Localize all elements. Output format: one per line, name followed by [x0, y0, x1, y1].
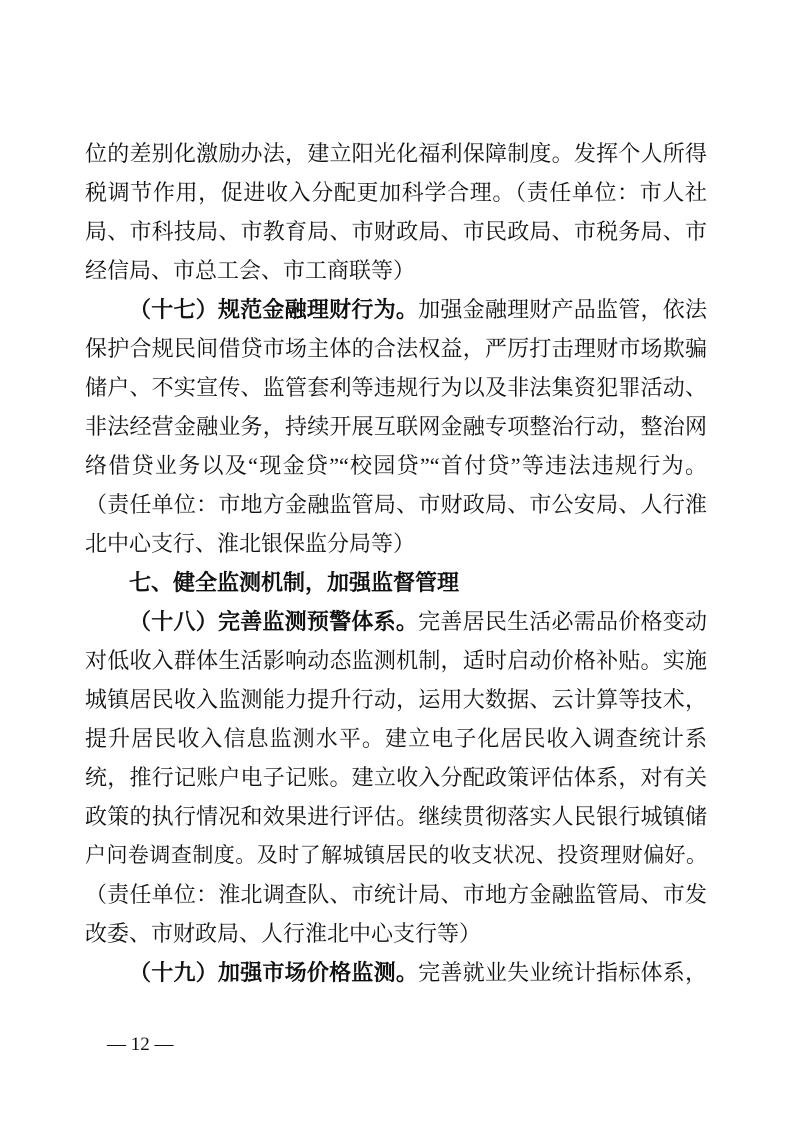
line-text: 政策的执行情况和效果进行评估。继续贯彻落实人民银行城镇储 — [85, 804, 707, 829]
text-line: 经信局、市总工会、市工商联等） — [85, 251, 707, 290]
paragraph-lead: （十九）加强市场价格监测。 — [129, 960, 418, 985]
line-text: 户问卷调查制度。及时了解城镇居民的收支状况、投资理财偏好。 — [85, 843, 707, 867]
text-line: 络借贷业务以及“现金贷”“校园贷”“首付贷”等违法违规行为。 — [85, 446, 707, 485]
line-text: 提升居民收入信息监测水平。建立电子化居民收入调查统计系 — [85, 726, 707, 751]
line-text: 城镇居民收入监测能力提升行动，运用大数据、云计算等技术， — [85, 687, 707, 712]
text-line: 户问卷调查制度。及时了解城镇居民的收支状况、投资理财偏好。 — [85, 836, 707, 875]
line-text: 对低收入群体生活影响动态监测机制，适时启动价格补贴。实施 — [85, 648, 707, 673]
text-line: （十八）完善监测预警体系。完善居民生活必需品价格变动 — [85, 602, 707, 641]
text-line: 保护合规民间借贷市场主体的合法权益，严厉打击理财市场欺骗 — [85, 329, 707, 368]
line-text: 储户、不实宣传、监管套利等违规行为以及非法集资犯罪活动、 — [85, 375, 707, 400]
text-line: 税调节作用，促进收入分配更加科学合理。（责任单位：市人社 — [85, 173, 707, 212]
text-line: （责任单位：市地方金融监管局、市财政局、市公安局、人行淮 — [85, 485, 707, 524]
text-line: （十九）加强市场价格监测。完善就业失业统计指标体系， — [85, 953, 707, 992]
line-text: 络借贷业务以及“现金贷”“校园贷”“首付贷”等违法违规行为。 — [85, 453, 707, 478]
line-text: 保护合规民间借贷市场主体的合法权益，严厉打击理财市场欺骗 — [85, 336, 707, 361]
paragraph-lead: （十八）完善监测预警体系。 — [129, 609, 418, 634]
line-text: 完善居民生活必需品价格变动 — [418, 609, 707, 634]
text-line: 提升居民收入信息监测水平。建立电子化居民收入调查统计系 — [85, 719, 707, 758]
line-text: 七、健全监测机制，加强监督管理 — [129, 570, 459, 595]
line-text: 改委、市财政局、人行淮北中心支行等） — [85, 921, 481, 946]
text-line: 统，推行记账户电子记账。建立收入分配政策评估体系，对有关 — [85, 758, 707, 797]
text-line: （责任单位：淮北调查队、市统计局、市地方金融监管局、市发 — [85, 875, 707, 914]
line-text: 完善就业失业统计指标体系， — [418, 960, 707, 985]
paragraph-lead: （十七）规范金融理财行为。 — [129, 297, 418, 322]
section-heading: 七、健全监测机制，加强监督管理 — [85, 563, 707, 602]
text-line: 非法经营金融业务，持续开展互联网金融专项整治行动，整治网 — [85, 407, 707, 446]
text-line: 位的差别化激励办法，建立阳光化福利保障制度。发挥个人所得 — [85, 134, 707, 173]
text-line: 局、市科技局、市教育局、市财政局、市民政局、市税务局、市 — [85, 212, 707, 251]
text-line: 储户、不实宣传、监管套利等违规行为以及非法集资犯罪活动、 — [85, 368, 707, 407]
line-text: 非法经营金融业务，持续开展互联网金融专项整治行动，整治网 — [85, 414, 707, 439]
line-text: （责任单位：市地方金融监管局、市财政局、市公安局、人行淮 — [85, 492, 707, 517]
text-line: （十七）规范金融理财行为。加强金融理财产品监管，依法 — [85, 290, 707, 329]
line-text: 经信局、市总工会、市工商联等） — [85, 258, 415, 283]
line-text: 统，推行记账户电子记账。建立收入分配政策评估体系，对有关 — [85, 765, 707, 790]
document-page: 位的差别化激励办法，建立阳光化福利保障制度。发挥个人所得 税调节作用，促进收入分… — [0, 0, 793, 1122]
line-text: 局、市科技局、市教育局、市财政局、市民政局、市税务局、市 — [85, 219, 707, 244]
line-text: 税调节作用，促进收入分配更加科学合理。（责任单位：市人社 — [85, 180, 707, 205]
text-line: 改委、市财政局、人行淮北中心支行等） — [85, 914, 707, 953]
text-line: 对低收入群体生活影响动态监测机制，适时启动价格补贴。实施 — [85, 641, 707, 680]
document-body: 位的差别化激励办法，建立阳光化福利保障制度。发挥个人所得 税调节作用，促进收入分… — [85, 134, 707, 992]
text-line: 北中心支行、淮北银保监分局等） — [85, 524, 707, 563]
line-text: 加强金融理财产品监管，依法 — [418, 297, 707, 322]
line-text: 位的差别化激励办法，建立阳光化福利保障制度。发挥个人所得 — [85, 141, 707, 166]
page-number: — 12 — — [107, 1032, 174, 1058]
text-line: 政策的执行情况和效果进行评估。继续贯彻落实人民银行城镇储 — [85, 797, 707, 836]
text-line: 城镇居民收入监测能力提升行动，运用大数据、云计算等技术， — [85, 680, 707, 719]
line-text: （责任单位：淮北调查队、市统计局、市地方金融监管局、市发 — [85, 882, 707, 907]
line-text: 北中心支行、淮北银保监分局等） — [85, 531, 415, 556]
